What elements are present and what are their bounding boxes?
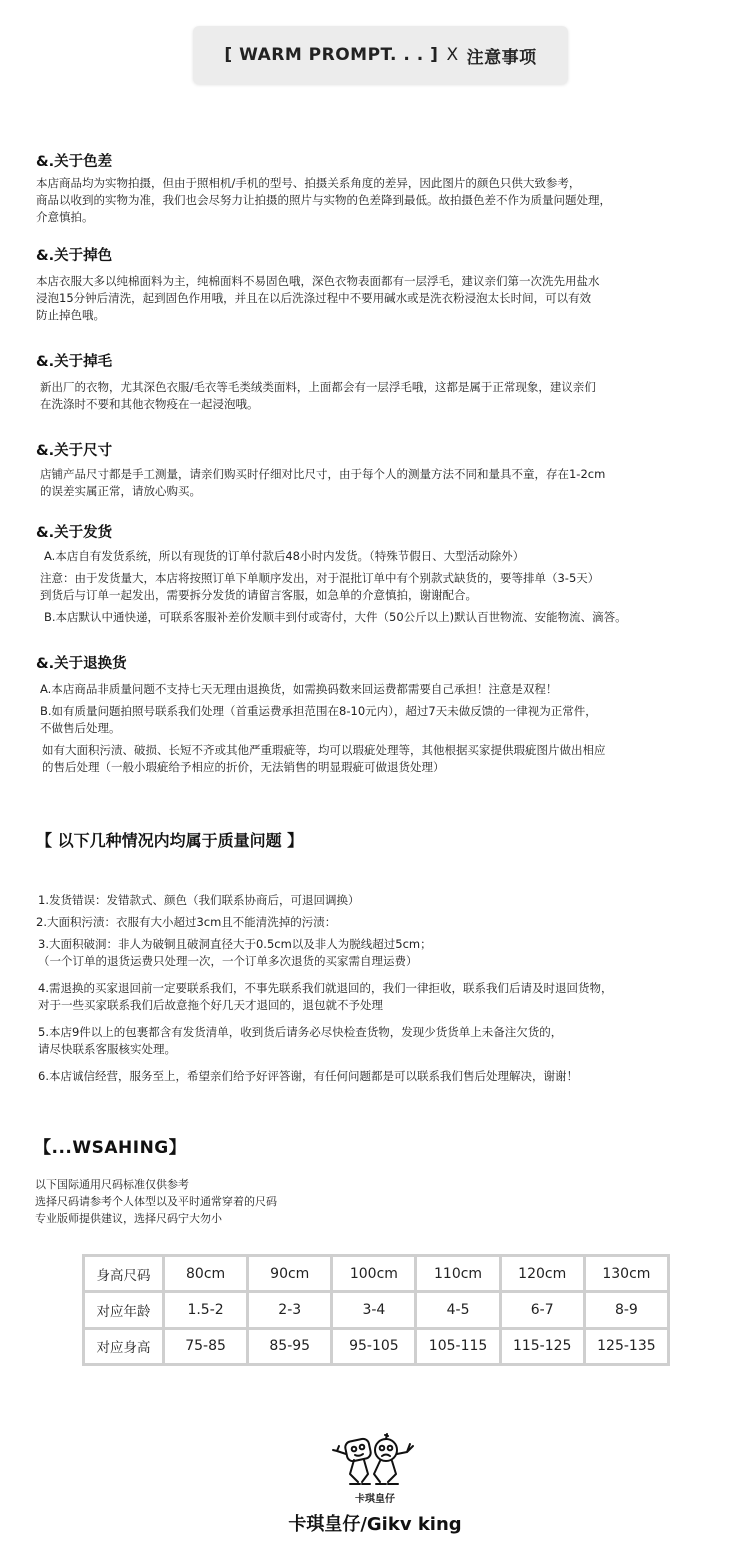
table-cell: 130cm: [584, 1256, 668, 1292]
table-cell: 2-3: [248, 1292, 332, 1328]
section-text: B.本店默认中通快递，可联系客服补差价发顺丰到付或寄付，大件（50公斤以上)默认…: [36, 609, 726, 626]
list-item: 5.本店9件以上的包裹都含有发货清单，收到货后请务必尽快检查货物，发现少货货单上…: [38, 1024, 728, 1058]
section-text: 新出厂的衣物，尤其深色衣服/毛衣等毛类绒类面料，上面都会有一层浮毛哦，这都是属于…: [36, 379, 726, 413]
table-cell: 115-125: [500, 1328, 584, 1364]
section-text: 注意：由于发货量大，本店将按照订单下单顺序发出，对于混批订单中有个别款式缺货的，…: [36, 570, 726, 604]
list-item: 6.本店诚信经营，服务至上，希望亲们给予好评答谢，有任何问题都是可以联系我们售后…: [38, 1068, 728, 1085]
table-cell: 75-85: [164, 1328, 248, 1364]
table-cell: 4-5: [416, 1292, 500, 1328]
brand-name: 卡琪皇仔/Gikv king: [0, 1510, 750, 1536]
quality-issues-list: 1.发货错误：发错款式、颜色（我们联系协商后，可退回调换） 2.大面积污渍：衣服…: [38, 892, 728, 1090]
table-row: 身高尺码 80cm 90cm 100cm 110cm 120cm 130cm: [84, 1256, 669, 1292]
table-cell: 100cm: [332, 1256, 416, 1292]
table-cell: 110cm: [416, 1256, 500, 1292]
table-cell: 105-115: [416, 1328, 500, 1364]
table-row: 对应年龄 1.5-2 2-3 3-4 4-5 6-7 8-9: [84, 1292, 669, 1328]
note-line: 专业版师提供建议，选择尺码宁大勿小: [35, 1210, 277, 1227]
section-text: 本店商品均为实物拍摄，但由于照相机/手机的型号、拍摄关系角度的差异，因此图片的颜…: [36, 175, 726, 226]
section-text: A.本店商品非质量问题不支持七天无理由退换货，如需换码数来回运费都需要自己承担！…: [36, 681, 726, 698]
section-title: &.关于尺寸: [36, 439, 726, 460]
table-cell: 95-105: [332, 1328, 416, 1364]
section-text: 如有大面积污渍、破损、长短不齐或其他严重瑕疵等，均可以瑕疵处理等，其他根据买家提…: [36, 742, 726, 776]
warm-prompt-banner: [ WARM PROMPT. . . ] X 注意事项: [193, 26, 568, 84]
table-cell: 85-95: [248, 1328, 332, 1364]
section-text: 本店衣服大多以纯棉面料为主，纯棉面料不易固色哦，深色衣物表面都有一层浮毛，建议亲…: [36, 273, 726, 324]
section-fading: &.关于掉色 本店衣服大多以纯棉面料为主，纯棉面料不易固色哦，深色衣物表面都有一…: [36, 244, 726, 324]
row-label: 对应身高: [84, 1328, 164, 1364]
washing-heading: 【...WSAHING】: [34, 1133, 186, 1158]
row-label: 身高尺码: [84, 1256, 164, 1292]
section-text: A.本店自有发货系统，所以有现货的订单付款后48小时内发货。（特殊节假日、大型活…: [36, 548, 726, 565]
section-title: &.关于发货: [36, 521, 726, 542]
section-title: &.关于色差: [36, 150, 726, 171]
table-cell: 120cm: [500, 1256, 584, 1292]
cartoon-kids-logo-icon: [328, 1432, 424, 1494]
table-cell: 1.5-2: [164, 1292, 248, 1328]
section-returns: &.关于退换货 A.本店商品非质量问题不支持七天无理由退换货，如需换码数来回运费…: [36, 652, 726, 776]
table-cell: 8-9: [584, 1292, 668, 1328]
list-item: 4.需退换的买家退回前一定要联系我们，不事先联系我们就退回的，我们一律拒收，联系…: [38, 980, 728, 1014]
list-item: 3.大面积破洞：非人为破铜且破洞直径大于0.5cm以及非人为脱线超过5cm； （…: [38, 936, 728, 970]
size-chart-table: 身高尺码 80cm 90cm 100cm 110cm 120cm 130cm 对…: [82, 1254, 670, 1366]
section-size: &.关于尺寸 店铺产品尺寸都是手工测量，请亲们购买时仔细对比尺寸，由于每个人的测…: [36, 439, 726, 500]
table-cell: 125-135: [584, 1328, 668, 1364]
section-shipping: &.关于发货 A.本店自有发货系统，所以有现货的订单付款后48小时内发货。（特殊…: [36, 521, 726, 626]
section-color-difference: &.关于色差 本店商品均为实物拍摄，但由于照相机/手机的型号、拍摄关系角度的差异…: [36, 150, 726, 226]
size-notes: 以下国际通用尺码标准仅供参考 选择尺码请参考个人体型以及平时通常穿着的尺码 专业…: [35, 1176, 277, 1227]
section-shedding: &.关于掉毛 新出厂的衣物，尤其深色衣服/毛衣等毛类绒类面料，上面都会有一层浮毛…: [36, 350, 726, 413]
table-row: 对应身高 75-85 85-95 95-105 105-115 115-125 …: [84, 1328, 669, 1364]
section-title: &.关于掉毛: [36, 350, 726, 371]
banner-title-cn: 注意事项: [467, 43, 537, 68]
section-title: &.关于退换货: [36, 652, 726, 673]
note-line: 以下国际通用尺码标准仅供参考: [35, 1176, 277, 1193]
list-item: 1.发货错误：发错款式、颜色（我们联系协商后，可退回调换）: [38, 892, 728, 909]
table-cell: 90cm: [248, 1256, 332, 1292]
quality-issues-heading: 【 以下几种情况内均属于质量问题 】: [36, 828, 303, 851]
logo-caption: 卡琪皇仔: [330, 1490, 420, 1505]
section-text: B.如有质量问题拍照号联系我们处理（首重运费承担范围在8-10元内），超过7天未…: [36, 703, 726, 737]
section-text: 店铺产品尺寸都是手工测量，请亲们购买时仔细对比尺寸，由于每个人的测量方法不同和量…: [36, 466, 726, 500]
list-item: 2.大面积污渍：衣服有大小超过3cm且不能清洗掉的污渍：: [36, 914, 728, 931]
banner-title-en: [ WARM PROMPT. . . ]: [224, 45, 438, 65]
note-line: 选择尺码请参考个人体型以及平时通常穿着的尺码: [35, 1193, 277, 1210]
row-label: 对应年龄: [84, 1292, 164, 1328]
section-title: &.关于掉色: [36, 244, 726, 265]
table-cell: 6-7: [500, 1292, 584, 1328]
banner-separator: X: [446, 45, 458, 65]
table-cell: 80cm: [164, 1256, 248, 1292]
table-cell: 3-4: [332, 1292, 416, 1328]
